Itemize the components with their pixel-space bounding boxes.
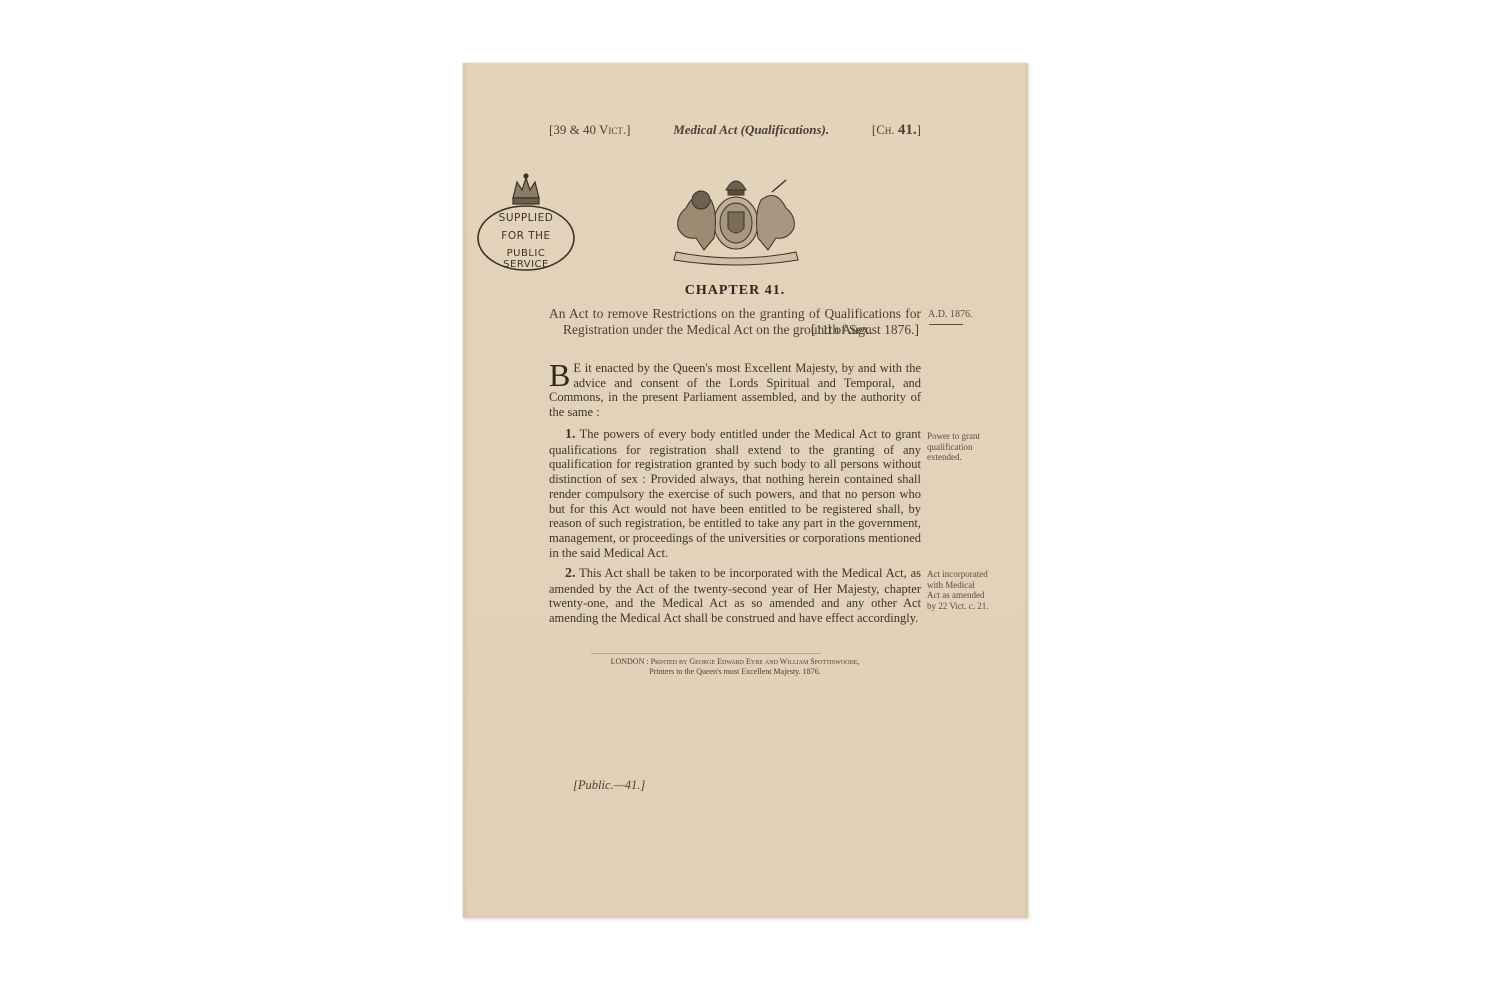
chapter-ref: [Ch. 41.] — [872, 122, 921, 139]
margin-year: A.D. 1876. — [928, 309, 972, 320]
public-act-number: [Public.—41.] — [573, 778, 645, 793]
assent-date: [11th August 1876.] — [811, 322, 919, 338]
section-number: 1. — [565, 427, 576, 442]
regnal-year: [39 & 40 Vict.] — [549, 122, 630, 139]
section-1: 1. The powers of every body entitled und… — [549, 427, 921, 560]
enacting-clause: BE it enacted by the Queen's most Excell… — [549, 361, 921, 420]
drop-cap: B — [549, 362, 570, 388]
royal-coat-of-arms-icon — [656, 168, 816, 266]
section-2: 2. This Act shall be taken to be incorpo… — [549, 566, 921, 626]
margin-note-section-2: Act incorporated with Medical Act as ame… — [927, 569, 989, 611]
margin-note-section-1: Power to grant qualification extended. — [927, 431, 989, 463]
stamp-line-2: FOR THE — [491, 230, 561, 242]
stamp-line-3: PUBLIC SERVICE — [483, 248, 569, 270]
imprint-divider — [591, 653, 821, 654]
short-title: Medical Act (Qualifications). — [673, 122, 829, 139]
margin-rule — [929, 324, 963, 325]
document-page: [39 & 40 Vict.] Medical Act (Qualificati… — [463, 63, 1028, 918]
section-number: 2. — [565, 566, 576, 581]
long-title: An Act to remove Restrictions on the gra… — [549, 306, 921, 338]
stamp-line-1: SUPPLIED — [491, 212, 561, 224]
running-head: [39 & 40 Vict.] Medical Act (Qualificati… — [549, 122, 921, 139]
public-service-stamp: SUPPLIED FOR THE PUBLIC SERVICE — [471, 168, 581, 278]
chapter-heading: CHAPTER 41. — [549, 283, 921, 299]
printer-imprint: LONDON : Printed by George Edward Eyre a… — [549, 657, 921, 677]
